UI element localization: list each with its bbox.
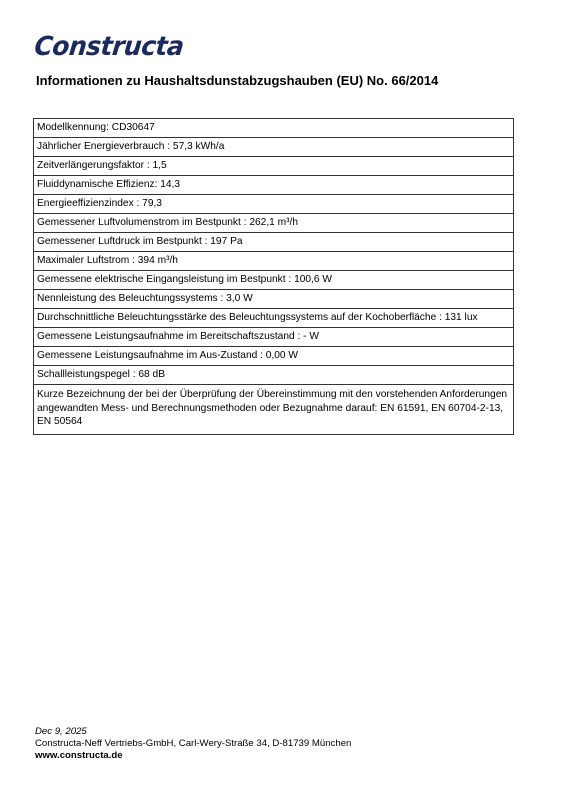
table-row: Schallleistungspegel : 68 dB [34, 366, 514, 385]
spec-measurement-methods: Kurze Bezeichnung der bei der Überprüfun… [34, 385, 514, 435]
table-row: Gemessene elektrische Eingangsleistung i… [34, 271, 514, 290]
table-row: Energieeffizienzindex : 79,3 [34, 195, 514, 214]
brand-logo: Constructa [33, 33, 185, 59]
spec-time-increase-factor: Zeitverlängerungsfaktor : 1,5 [34, 157, 514, 176]
spec-airflow-best-point: Gemessener Luftvolumenstrom im Bestpunkt… [34, 214, 514, 233]
spec-annual-energy: Jährlicher Energieverbrauch : 57,3 kWh/a [34, 138, 514, 157]
footer-address: Constructa-Neff Vertriebs-GmbH, Carl-Wer… [35, 738, 351, 750]
footer-date: Dec 9, 2025 [35, 726, 351, 738]
table-row: Gemessene Leistungsaufnahme im Bereitsch… [34, 328, 514, 347]
spec-air-pressure-best-point: Gemessener Luftdruck im Bestpunkt : 197 … [34, 233, 514, 252]
spec-max-airflow: Maximaler Luftstrom : 394 m³/h [34, 252, 514, 271]
table-row: Nennleistung des Beleuchtungssystems : 3… [34, 290, 514, 309]
table-row: Fluiddynamische Effizienz: 14,3 [34, 176, 514, 195]
table-row: Maximaler Luftstrom : 394 m³/h [34, 252, 514, 271]
spec-model-id: Modellkennung: CD30647 [34, 119, 514, 138]
table-row: Zeitverlängerungsfaktor : 1,5 [34, 157, 514, 176]
table-row: Modellkennung: CD30647 [34, 119, 514, 138]
spec-fluid-dynamic-efficiency: Fluiddynamische Effizienz: 14,3 [34, 176, 514, 195]
spec-lighting-power: Nennleistung des Beleuchtungssystems : 3… [34, 290, 514, 309]
spec-table: Modellkennung: CD30647 Jährlicher Energi… [33, 118, 514, 435]
footer-website-link[interactable]: www.constructa.de [35, 750, 351, 762]
spec-input-power-best-point: Gemessene elektrische Eingangsleistung i… [34, 271, 514, 290]
table-row: Gemessener Luftdruck im Bestpunkt : 197 … [34, 233, 514, 252]
table-row: Kurze Bezeichnung der bei der Überprüfun… [34, 385, 514, 435]
table-row: Jährlicher Energieverbrauch : 57,3 kWh/a [34, 138, 514, 157]
footer: Dec 9, 2025 Constructa-Neff Vertriebs-Gm… [35, 726, 351, 762]
document-title: Informationen zu Haushaltsdunstabzugshau… [36, 73, 438, 88]
spec-standby-power: Gemessene Leistungsaufnahme im Bereitsch… [34, 328, 514, 347]
table-row: Gemessene Leistungsaufnahme im Aus-Zusta… [34, 347, 514, 366]
spec-sound-power-level: Schallleistungspegel : 68 dB [34, 366, 514, 385]
spec-average-illumination: Durchschnittliche Beleuchtungsstärke des… [34, 309, 514, 328]
spec-off-mode-power: Gemessene Leistungsaufnahme im Aus-Zusta… [34, 347, 514, 366]
table-row: Gemessener Luftvolumenstrom im Bestpunkt… [34, 214, 514, 233]
spec-energy-efficiency-index: Energieeffizienzindex : 79,3 [34, 195, 514, 214]
table-row: Durchschnittliche Beleuchtungsstärke des… [34, 309, 514, 328]
